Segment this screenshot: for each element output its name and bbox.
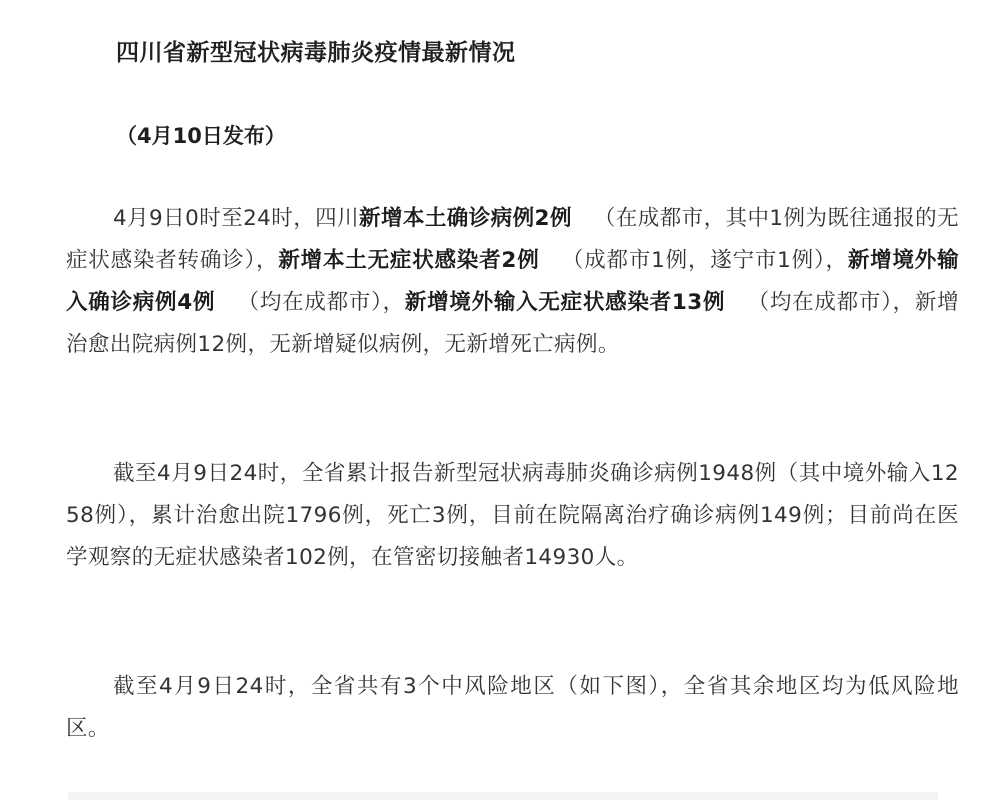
text-segment: （成都市1例，遂宁市1例）， xyxy=(562,248,848,273)
text-segment: （均在成都市）， xyxy=(237,290,405,315)
daily-update-paragraph: 4月9日0时至24时，四川新增本土确诊病例2例（在成都市，其中1例为既往通报的无… xyxy=(66,198,959,366)
highlight-new-local-asymptomatic: 新增本土无症状感染者2例 xyxy=(278,248,539,273)
risk-areas-paragraph: 截至4月9日24时，全省共有3个中风险地区（如下图），全省其余地区均为低风险地区… xyxy=(66,666,959,750)
highlight-new-imported-asymptomatic: 新增境外输入无症状感染者13例 xyxy=(405,290,725,315)
cumulative-stats-paragraph: 截至4月9日24时，全省累计报告新型冠状病毒肺炎确诊病例1948例（其中境外输入… xyxy=(66,453,959,579)
highlight-new-local-confirmed: 新增本土确诊病例2例 xyxy=(359,206,572,231)
article-title: 四川省新型冠状病毒肺炎疫情最新情况 xyxy=(116,34,516,67)
image-placeholder-edge xyxy=(68,792,938,800)
publish-date: （4月10日发布） xyxy=(116,120,286,150)
text-segment: 4月9日0时至24时，四川 xyxy=(113,206,359,231)
